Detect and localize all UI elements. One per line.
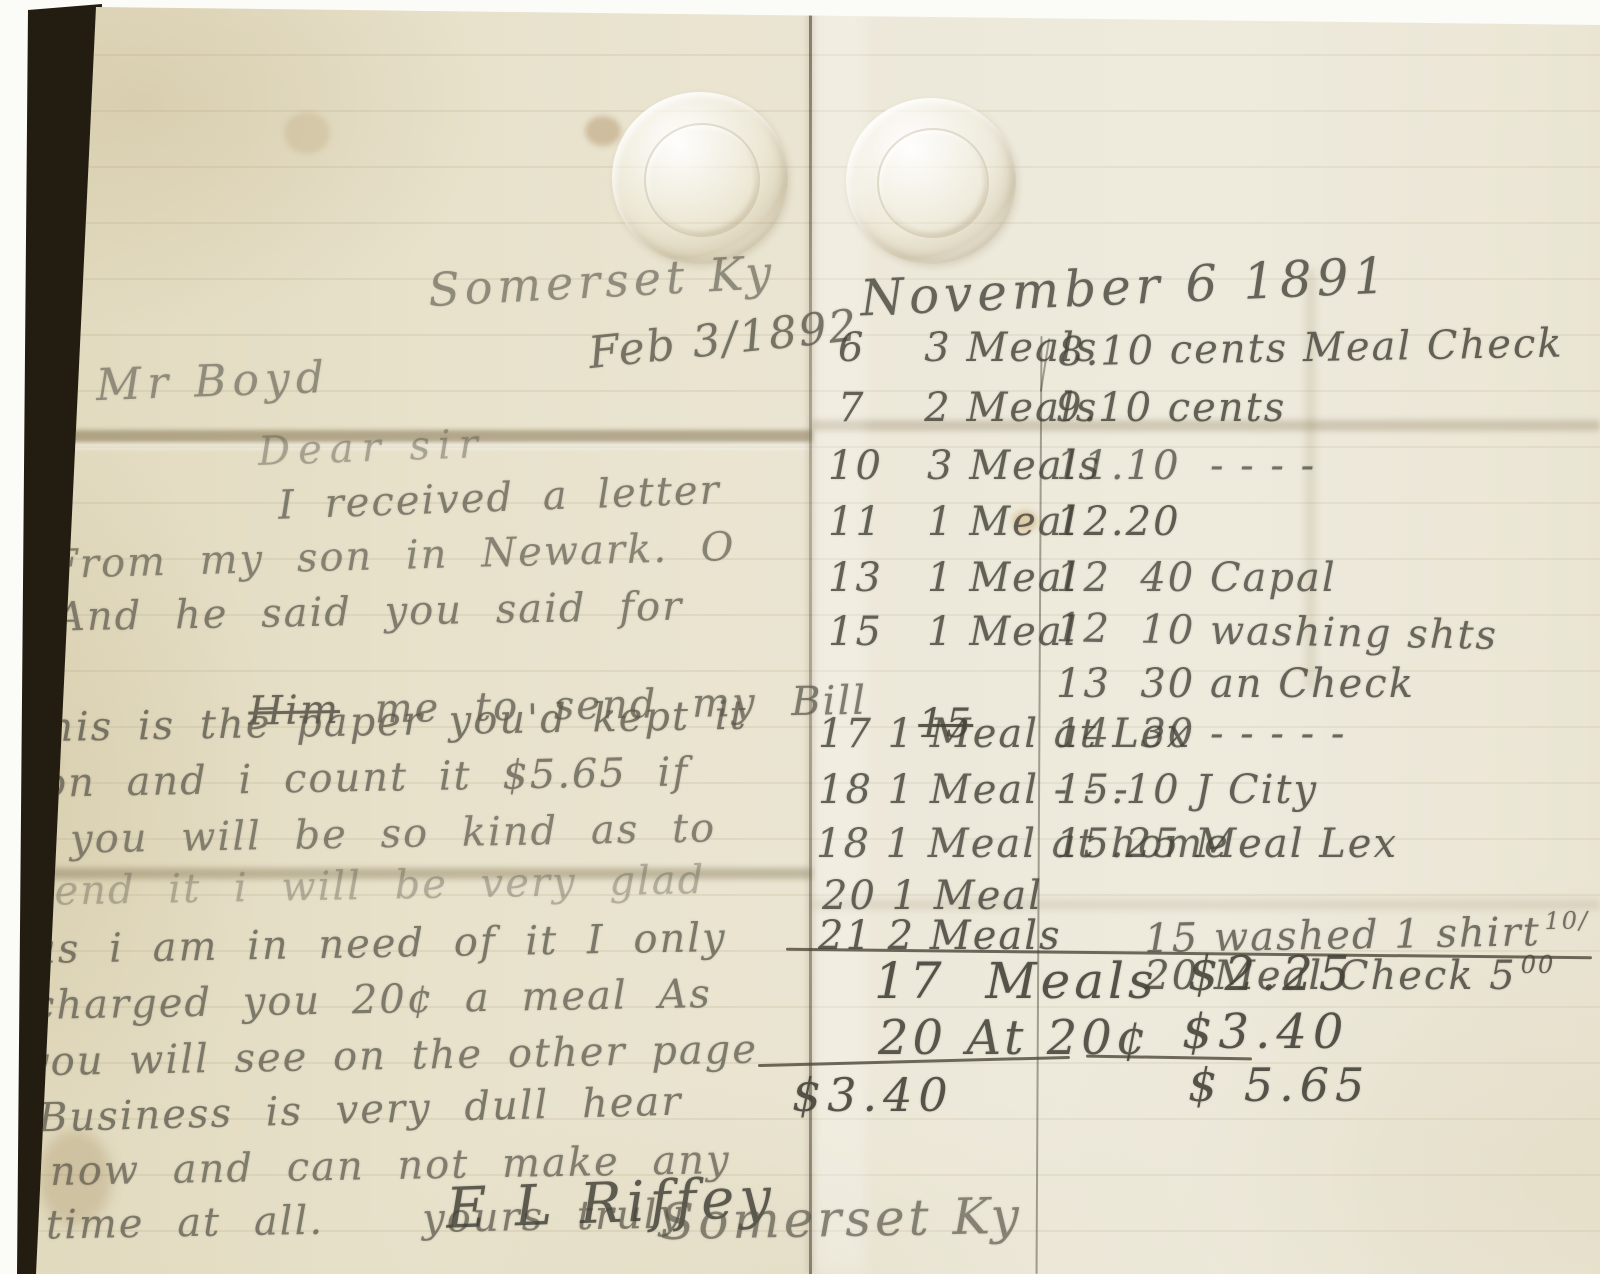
bill-cell-right: 15.25 Meal Lex bbox=[1056, 824, 1398, 864]
bill-cell-superscript: 00 bbox=[1521, 953, 1556, 977]
stain-spot bbox=[585, 116, 621, 146]
letter-line: you will be so kind as to bbox=[70, 808, 717, 859]
embossed-seal-inner-ring bbox=[877, 128, 990, 238]
letter-recipient: Mr Boyd bbox=[95, 356, 330, 408]
bill-cell-right: 12 10 washing shts bbox=[1056, 608, 1499, 656]
letter-line: you will see on the other page bbox=[26, 1030, 759, 1083]
scanned-letter-root: Somerset Ky Feb 3/1892 Mr Boyd Dear sir … bbox=[0, 0, 1600, 1274]
bill-cell-left: 20 1 Meal bbox=[822, 876, 1043, 916]
bill-cell-right: 9.10 cents bbox=[1056, 388, 1286, 428]
embossed-seal-inner-ring bbox=[644, 123, 761, 237]
letter-signature-place: Somerset Ky bbox=[660, 1191, 1024, 1247]
bill-cell-right: 13 30 an Check bbox=[1056, 664, 1415, 704]
bill-cell-left: 13 1 Meal bbox=[828, 558, 1078, 598]
letter-salutation: Dear sir bbox=[257, 424, 486, 472]
bill-cell-right: 12.20 bbox=[1056, 502, 1181, 542]
bill-cell-right: 11.10 - - - - bbox=[1056, 446, 1316, 486]
bill-cell-left: 15 1 Meal bbox=[828, 612, 1078, 652]
letter-line: charged you 20¢ a meal As bbox=[32, 974, 712, 1026]
bill-total-left: 17 Meals bbox=[874, 956, 1158, 1006]
bill-total-right: $ 5.65 bbox=[1188, 1062, 1370, 1108]
bill-total-left: $3.40 bbox=[792, 1072, 954, 1118]
letter-line: And he said you said for bbox=[56, 587, 684, 638]
bill-cell-right: 14 30 - - - - - bbox=[1056, 714, 1346, 754]
bill-total-right: $2.25 bbox=[1188, 950, 1355, 998]
letter-line: as i am in need of it I only bbox=[32, 918, 727, 970]
letter-line: on and i count it $5.65 if bbox=[42, 752, 690, 803]
letter-line: this is the paper you'd kept it bbox=[30, 696, 748, 749]
stain-spot bbox=[284, 112, 330, 154]
bill-total-left: 20 At 20¢ bbox=[878, 1014, 1150, 1062]
bill-cell-right: 8.10 cents Meal Check bbox=[1058, 324, 1564, 373]
embossed-seal-icon bbox=[612, 92, 788, 264]
bill-cell-right: 12 40 Capal bbox=[1056, 558, 1337, 598]
bill-cell-right: 15.10 J City bbox=[1056, 770, 1318, 810]
bill-cell-left: 21 2 Meals bbox=[818, 916, 1062, 956]
bill-total-right: $3.40 bbox=[1182, 1008, 1349, 1056]
letter-line: send it i will be very glad bbox=[32, 860, 706, 912]
bill-cell-left: 11 1 Meal bbox=[828, 502, 1078, 542]
embossed-seal-icon bbox=[846, 98, 1016, 264]
paper-sheet: Somerset Ky Feb 3/1892 Mr Boyd Dear sir … bbox=[0, 0, 1600, 1274]
